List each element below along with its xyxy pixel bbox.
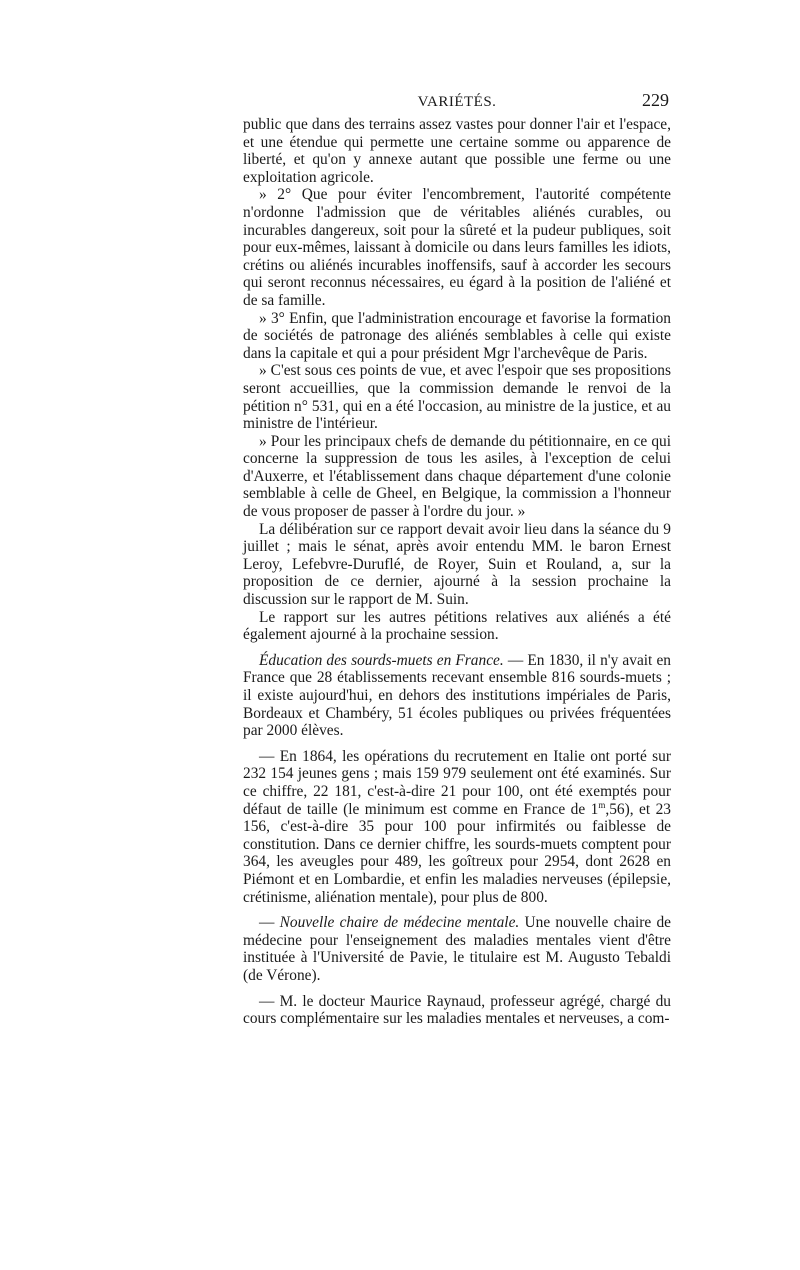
paragraph-other-petitions: Le rapport sur les autres pétitions rela… [243,609,671,644]
page-number: 229 [642,92,669,110]
paragraph-order-of-day: » Pour les principaux chefs de demande d… [243,433,671,521]
paragraph-deaf-mute-education: Éducation des sourds-muets en France. — … [243,652,671,740]
paragraph-new-chair: — Nouvelle chaire de médecine mentale. U… [243,914,671,984]
section-title-new-chair: Nouvelle chaire de médecine mentale. [280,914,520,931]
paragraph-deliberation: La délibération sur ce rapport devait av… [243,521,671,609]
page-header: VARIÉTÉS. 229 [243,92,671,116]
paragraph-point-3: » 3° Enfin, que l'administration encoura… [243,310,671,363]
paragraph-commission-request: » C'est sous ces points de vue, et avec … [243,362,671,432]
em-dash: — [259,914,280,931]
paragraph-raynaud: — M. le docteur Maurice Raynaud, profess… [243,993,671,1028]
section-title-deaf-mute: Éducation des sourds-muets en France. [259,652,504,669]
paragraph-continuation: public que dans des terrains assez vaste… [243,116,671,186]
paragraph-point-2: » 2° Que pour éviter l'encombrement, l'a… [243,186,671,309]
running-title: VARIÉTÉS. [243,94,671,112]
paragraph-italy-recruitment: — En 1864, les opérations du recrutement… [243,748,671,906]
book-page: VARIÉTÉS. 229 public que dans des terrai… [243,92,671,1028]
